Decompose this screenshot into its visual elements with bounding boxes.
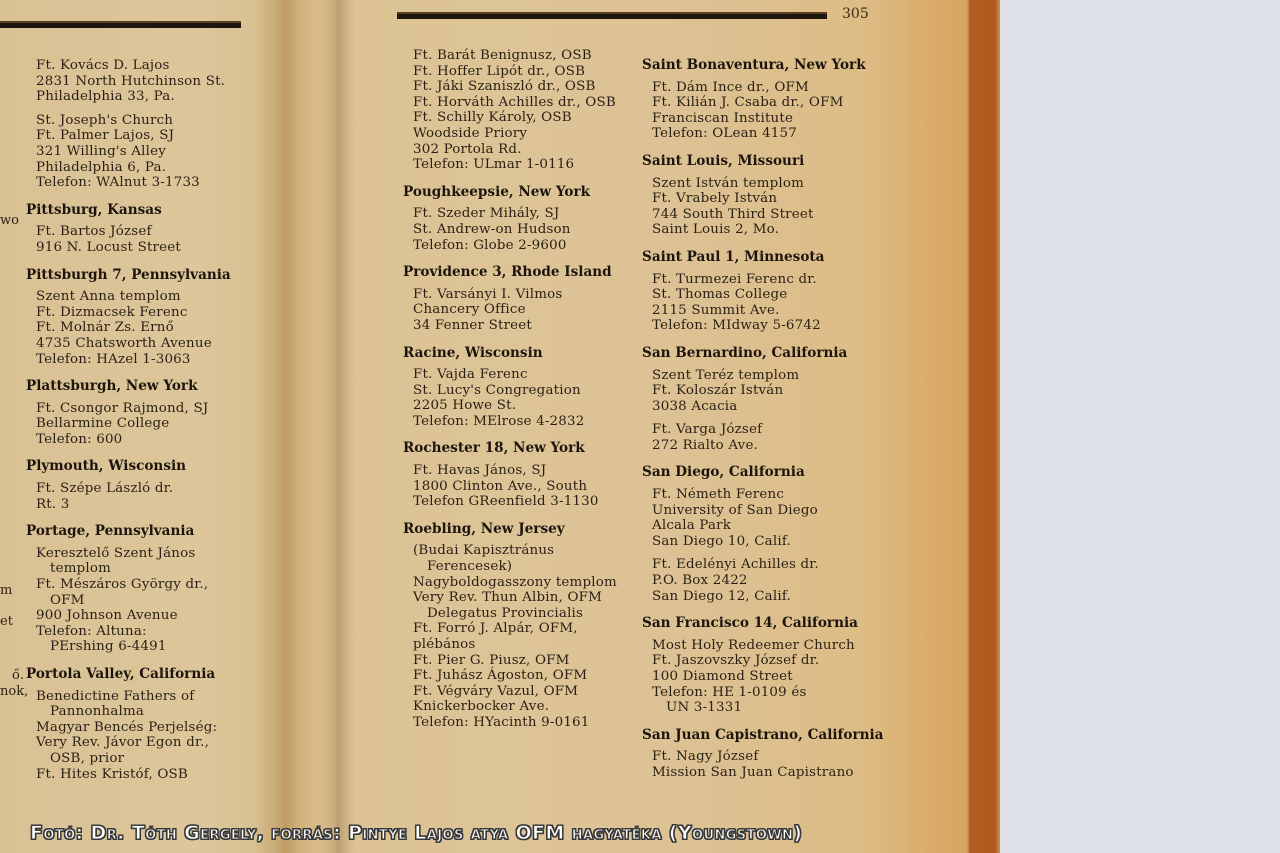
city-heading: Saint Louis, Missouri (642, 154, 883, 170)
entry-line: Knickerbocker Ave. (413, 699, 617, 715)
entry-line: University of San Diego (652, 503, 883, 519)
book-spread: 305 wo m et ő. nok, Ft. Kovács D. Lajos2… (0, 0, 1000, 853)
entry-line: Telefon: WAlnut 3-1733 (36, 175, 231, 191)
entry-line: Ft. Pier G. Piusz, OFM (413, 653, 617, 669)
entry-line: Alcala Park (652, 518, 883, 534)
directory-section: Portola Valley, CaliforniaBenedictine Fa… (36, 667, 231, 782)
margin-fragment: wo (0, 213, 19, 228)
entry-line: Bellarmine College (36, 416, 231, 432)
photo-credit-caption: Fotó: Dr. Tóth Gergely, forrás: Pintye L… (30, 822, 1270, 844)
entry-line: St. Thomas College (652, 287, 883, 303)
entry-line: Magyar Bencés Perjelség: (36, 720, 231, 736)
entry-line: Philadelphia 33, Pa. (36, 89, 231, 105)
directory-section: Saint Bonaventura, New YorkFt. Dám Ince … (652, 58, 883, 142)
directory-section: Saint Louis, MissouriSzent István templo… (652, 154, 883, 238)
entry-line: Keresztelő Szent János (36, 546, 231, 562)
entry-line: Ft. Mészáros György dr., (36, 577, 231, 593)
city-heading: Roebling, New Jersey (403, 522, 617, 538)
entry-line: Ft. Turmezei Ferenc dr. (652, 272, 883, 288)
entry-line: Benedictine Fathers of (36, 689, 231, 705)
entry-line: Telefon: OLean 4157 (652, 126, 883, 142)
entry-line: Ft. Varsányi I. Vilmos (413, 287, 617, 303)
city-heading: San Diego, California (642, 465, 883, 481)
entry-line: Ft. Jaszovszky József dr. (652, 653, 883, 669)
city-heading: San Juan Capistrano, California (642, 728, 883, 744)
entry-line: PErshing 6-4491 (36, 639, 231, 655)
entry-line: Telefon: HE 1-0109 és (652, 685, 883, 701)
directory-section: Poughkeepsie, New YorkFt. Szeder Mihály,… (413, 185, 617, 253)
entry-line: Ft. Jáki Szaniszló dr., OSB (413, 79, 617, 95)
city-heading: Providence 3, Rhode Island (403, 265, 617, 281)
entry-line: St. Lucy's Congregation (413, 383, 617, 399)
entry-line: Philadelphia 6, Pa. (36, 160, 231, 176)
address-entry: Ft. Varga József272 Rialto Ave. (652, 422, 883, 453)
entry-line: Telefon: Altuna: (36, 624, 231, 640)
directory-section: Saint Paul 1, MinnesotaFt. Turmezei Fere… (652, 250, 883, 334)
address-entry: Ft. Vajda FerencSt. Lucy's Congregation2… (413, 367, 617, 429)
directory-section: San Juan Capistrano, CaliforniaFt. Nagy … (652, 728, 883, 781)
entry-line: Telefon: HAzel 1-3063 (36, 352, 231, 368)
address-entry: Szent Anna templomFt. Dizmacsek FerencFt… (36, 289, 231, 367)
address-entry: Ft. Havas János, SJ1800 Clinton Ave., So… (413, 463, 617, 510)
entry-line: Mission San Juan Capistrano (652, 765, 883, 781)
entry-line: Telefon: MElrose 4-2832 (413, 414, 617, 430)
entry-line: Nagyboldogasszony templom (413, 575, 617, 591)
entry-line: templom (36, 561, 231, 577)
entry-line: 34 Fenner Street (413, 318, 617, 334)
entry-line: Szent Anna templom (36, 289, 231, 305)
city-heading: Pittsburg, Kansas (26, 203, 231, 219)
entry-line: St. Joseph's Church (36, 113, 231, 129)
city-heading: Saint Paul 1, Minnesota (642, 250, 883, 266)
address-entry: Ft. Németh FerencUniversity of San Diego… (652, 487, 883, 549)
entry-line: 3038 Acacia (652, 399, 883, 415)
city-heading: Racine, Wisconsin (403, 346, 617, 362)
entry-line: Ft. Csongor Rajmond, SJ (36, 401, 231, 417)
entry-line: 4735 Chatsworth Avenue (36, 336, 231, 352)
entry-line: OFM (36, 593, 231, 609)
entry-line: Ft. Végváry Vazul, OFM (413, 684, 617, 700)
directory-section: Rochester 18, New YorkFt. Havas János, S… (413, 441, 617, 509)
entry-line: Ft. Vrabely István (652, 191, 883, 207)
address-entry: Ft. Nagy JózsefMission San Juan Capistra… (652, 749, 883, 780)
entry-line: Woodside Priory (413, 126, 617, 142)
address-entry: Ft. Bartos József916 N. Locust Street (36, 224, 231, 255)
entry-line: Telefon: Globe 2-9600 (413, 238, 617, 254)
entry-line: Szent István templom (652, 176, 883, 192)
entry-line: Telefon: 600 (36, 432, 231, 448)
entry-line: Telefon GReenfield 3-1130 (413, 494, 617, 510)
entry-line: P.O. Box 2422 (652, 573, 883, 589)
entry-line: Ft. Schilly Károly, OSB (413, 110, 617, 126)
entry-line: Ft. Kovács D. Lajos (36, 58, 231, 74)
entry-line: plébános (413, 637, 617, 653)
entry-line: 272 Rialto Ave. (652, 438, 883, 454)
entry-line: Ft. Barát Benignusz, OSB (413, 48, 617, 64)
directory-column-1: Ft. Kovács D. Lajos2831 North Hutchinson… (36, 58, 231, 790)
entry-line: San Diego 10, Calif. (652, 534, 883, 550)
entry-line: Ferencesek) (413, 559, 617, 575)
entry-line: Ft. Szeder Mihály, SJ (413, 206, 617, 222)
directory-section: San Bernardino, CaliforniaSzent Teréz te… (652, 346, 883, 454)
entry-line: Ft. Kilián J. Csaba dr., OFM (652, 95, 883, 111)
entry-line: 321 Willing's Alley (36, 144, 231, 160)
entry-line: St. Andrew-on Hudson (413, 222, 617, 238)
entry-line: Very Rev. Jávor Egon dr., (36, 735, 231, 751)
directory-section: Plattsburgh, New YorkFt. Csongor Rajmond… (36, 379, 231, 447)
entry-line: UN 3-1331 (652, 700, 883, 716)
directory-section: Portage, PennsylvaniaKeresztelő Szent Já… (36, 524, 231, 655)
entry-line: 100 Diamond Street (652, 669, 883, 685)
directory-section: Roebling, New Jersey(Budai KapisztránusF… (413, 522, 617, 731)
entry-line: Ft. Dizmacsek Ferenc (36, 305, 231, 321)
directory-section: Pittsburg, KansasFt. Bartos József916 N.… (36, 203, 231, 256)
entry-line: OSB, prior (36, 751, 231, 767)
entry-line: Delegatus Provincialis (413, 606, 617, 622)
city-heading: Portola Valley, California (26, 667, 231, 683)
address-entry: (Budai KapisztránusFerencesek)Nagyboldog… (413, 543, 617, 730)
directory-section: Ft. Kovács D. Lajos2831 North Hutchinson… (36, 58, 231, 191)
entry-line: Rt. 3 (36, 497, 231, 513)
directory-section: Providence 3, Rhode IslandFt. Varsányi I… (413, 265, 617, 333)
address-entry: Ft. Varsányi I. VilmosChancery Office34 … (413, 287, 617, 334)
entry-line: 2205 Howe St. (413, 398, 617, 414)
header-rule-left (0, 23, 241, 28)
directory-section: Ft. Barát Benignusz, OSBFt. Hoffer Lipót… (413, 48, 617, 173)
entry-line: 2115 Summit Ave. (652, 303, 883, 319)
directory-section: Plymouth, WisconsinFt. Szépe László dr.R… (36, 459, 231, 512)
city-heading: San Bernardino, California (642, 346, 883, 362)
entry-line: (Budai Kapisztránus (413, 543, 617, 559)
entry-line: Ft. Palmer Lajos, SJ (36, 128, 231, 144)
address-entry: Szent Teréz templomFt. Koloszár István30… (652, 368, 883, 415)
directory-section: San Diego, CaliforniaFt. Németh FerencUn… (652, 465, 883, 604)
entry-line: 744 South Third Street (652, 207, 883, 223)
city-heading: San Francisco 14, California (642, 616, 883, 632)
address-entry: Ft. Szépe László dr.Rt. 3 (36, 481, 231, 512)
entry-line: Ft. Bartos József (36, 224, 231, 240)
city-heading: Saint Bonaventura, New York (642, 58, 883, 74)
city-heading: Poughkeepsie, New York (403, 185, 617, 201)
directory-section: Racine, WisconsinFt. Vajda FerencSt. Luc… (413, 346, 617, 430)
entry-line: Ft. Forró J. Alpár, OFM, (413, 621, 617, 637)
entry-line: Ft. Horváth Achilles dr., OSB (413, 95, 617, 111)
entry-line: Ft. Juhász Ágoston, OFM (413, 668, 617, 684)
entry-line: Chancery Office (413, 302, 617, 318)
entry-line: Ft. Szépe László dr. (36, 481, 231, 497)
entry-line: Szent Teréz templom (652, 368, 883, 384)
directory-section: San Francisco 14, CaliforniaMost Holy Re… (652, 616, 883, 716)
address-entry: Ft. Barát Benignusz, OSBFt. Hoffer Lipót… (413, 48, 617, 173)
entry-line: 302 Portola Rd. (413, 142, 617, 158)
entry-line: Ft. Vajda Ferenc (413, 367, 617, 383)
city-heading: Plymouth, Wisconsin (26, 459, 231, 475)
entry-line: 900 Johnson Avenue (36, 608, 231, 624)
entry-line: Ft. Molnár Zs. Ernő (36, 320, 231, 336)
address-entry: Most Holy Redeemer ChurchFt. Jaszovszky … (652, 638, 883, 716)
entry-line: Very Rev. Thun Albin, OFM (413, 590, 617, 606)
entry-line: Ft. Nagy József (652, 749, 883, 765)
margin-fragment: et (0, 614, 13, 629)
address-entry: Ft. Dám Ince dr., OFMFt. Kilián J. Csaba… (652, 80, 883, 142)
entry-line: 1800 Clinton Ave., South (413, 479, 617, 495)
address-entry: Ft. Csongor Rajmond, SJBellarmine Colleg… (36, 401, 231, 448)
entry-line: Ft. Havas János, SJ (413, 463, 617, 479)
margin-fragment: nok, (0, 684, 28, 699)
entry-line: Ft. Hoffer Lipót dr., OSB (413, 64, 617, 80)
entry-line: Pannonhalma (36, 704, 231, 720)
address-entry: Keresztelő Szent JánostemplomFt. Mészáro… (36, 546, 231, 655)
address-entry: Ft. Edelényi Achilles dr.P.O. Box 2422Sa… (652, 557, 883, 604)
entry-line: Telefon: ULmar 1-0116 (413, 157, 617, 173)
entry-line: Ft. Németh Ferenc (652, 487, 883, 503)
city-heading: Pittsburgh 7, Pennsylvania (26, 268, 231, 284)
directory-column-3: Saint Bonaventura, New YorkFt. Dám Ince … (652, 46, 883, 789)
entry-line: Telefon: HYacinth 9-0161 (413, 715, 617, 731)
city-heading: Rochester 18, New York (403, 441, 617, 457)
entry-line: Ft. Koloszár István (652, 383, 883, 399)
entry-line: Franciscan Institute (652, 111, 883, 127)
header-rule-right (397, 14, 827, 19)
book-gutter (318, 0, 354, 853)
entry-line: Most Holy Redeemer Church (652, 638, 883, 654)
entry-line: 2831 North Hutchinson St. (36, 74, 231, 90)
city-heading: Plattsburgh, New York (26, 379, 231, 395)
entry-line: Telefon: MIdway 5-6742 (652, 318, 883, 334)
entry-line: Ft. Varga József (652, 422, 883, 438)
entry-line: Ft. Hites Kristóf, OSB (36, 767, 231, 783)
address-entry: Ft. Turmezei Ferenc dr.St. Thomas Colleg… (652, 272, 883, 334)
directory-section: Pittsburgh 7, PennsylvaniaSzent Anna tem… (36, 268, 231, 368)
entry-line: Ft. Edelényi Achilles dr. (652, 557, 883, 573)
address-entry: St. Joseph's ChurchFt. Palmer Lajos, SJ3… (36, 113, 231, 191)
address-entry: Benedictine Fathers ofPannonhalmaMagyar … (36, 689, 231, 783)
entry-line: San Diego 12, Calif. (652, 589, 883, 605)
address-entry: Szent István templomFt. Vrabely István74… (652, 176, 883, 238)
margin-fragment: m (0, 583, 12, 598)
margin-fragment: ő. (12, 668, 24, 683)
address-entry: Ft. Szeder Mihály, SJSt. Andrew-on Hudso… (413, 206, 617, 253)
city-heading: Portage, Pennsylvania (26, 524, 231, 540)
page-number: 305 (842, 6, 869, 22)
entry-line: Ft. Dám Ince dr., OFM (652, 80, 883, 96)
entry-line: Saint Louis 2, Mo. (652, 222, 883, 238)
entry-line: 916 N. Locust Street (36, 240, 231, 256)
address-entry: Ft. Kovács D. Lajos2831 North Hutchinson… (36, 58, 231, 105)
directory-column-2: Ft. Barát Benignusz, OSBFt. Hoffer Lipót… (413, 48, 617, 739)
